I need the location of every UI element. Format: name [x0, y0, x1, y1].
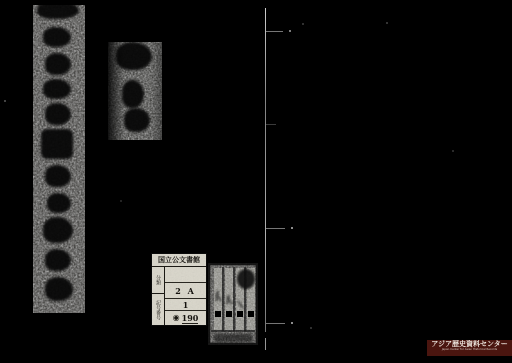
spine-fold-line	[265, 338, 266, 350]
scanned-book-cover: 国立公文書館 分類 記号番号 2 A 1 ◉ 190 アジア歴史資料	[0, 0, 512, 363]
stitch-hole	[291, 322, 293, 324]
title-character-blob	[45, 249, 71, 271]
field-number-label: 記号番号	[152, 294, 164, 325]
stitch-thread	[266, 31, 283, 32]
plate-ink-blot	[237, 269, 255, 289]
seal-square	[215, 311, 221, 317]
title-character-blob	[45, 103, 71, 125]
bookplate-texture	[208, 263, 258, 345]
title-character-blob	[45, 165, 71, 187]
title-character-blob	[47, 193, 71, 213]
classification-value: 2 A	[165, 283, 206, 299]
title-character-blob	[43, 79, 71, 99]
stitch-thread	[266, 228, 285, 229]
title-character-blob	[43, 27, 71, 47]
title-character-blob	[41, 129, 73, 159]
jacar-title-en: Japan Center for Asian Historical Record…	[442, 348, 497, 351]
dust-speckles	[0, 0, 2, 2]
jacar-watermark: アジア歴史資料センター Japan Center for Asian Histo…	[427, 340, 512, 356]
archives-name: 国立公文書館	[152, 254, 206, 267]
seal-square	[248, 311, 254, 317]
blank-row	[165, 267, 206, 283]
stitch-thread	[266, 323, 285, 324]
stitch-hole	[289, 30, 291, 32]
accession-row: ◉ 190	[165, 311, 206, 325]
seal-square	[226, 311, 232, 317]
stitch-thread	[266, 124, 276, 125]
title-character-blob	[43, 217, 73, 243]
cover-title-slip	[33, 5, 85, 313]
field-classification-label: 分類	[152, 267, 164, 294]
archives-call-number-label: 国立公文書館 分類 記号番号 2 A 1 ◉ 190	[151, 253, 207, 326]
cover-sublabel	[108, 42, 162, 140]
seal-square	[237, 311, 243, 317]
label-edge-shadow	[108, 42, 162, 140]
accession-value: 190	[182, 313, 199, 324]
plate-bottom-marks	[214, 334, 252, 342]
stitch-hole	[291, 227, 293, 229]
title-character-blob	[45, 53, 71, 75]
stamp-icon: ◉	[173, 314, 180, 322]
number-value: 1	[165, 299, 206, 311]
spine-fold-line	[265, 8, 266, 332]
bookplate-label	[208, 263, 258, 345]
title-character-blob	[45, 277, 73, 301]
stab-binding-spine	[265, 8, 297, 350]
